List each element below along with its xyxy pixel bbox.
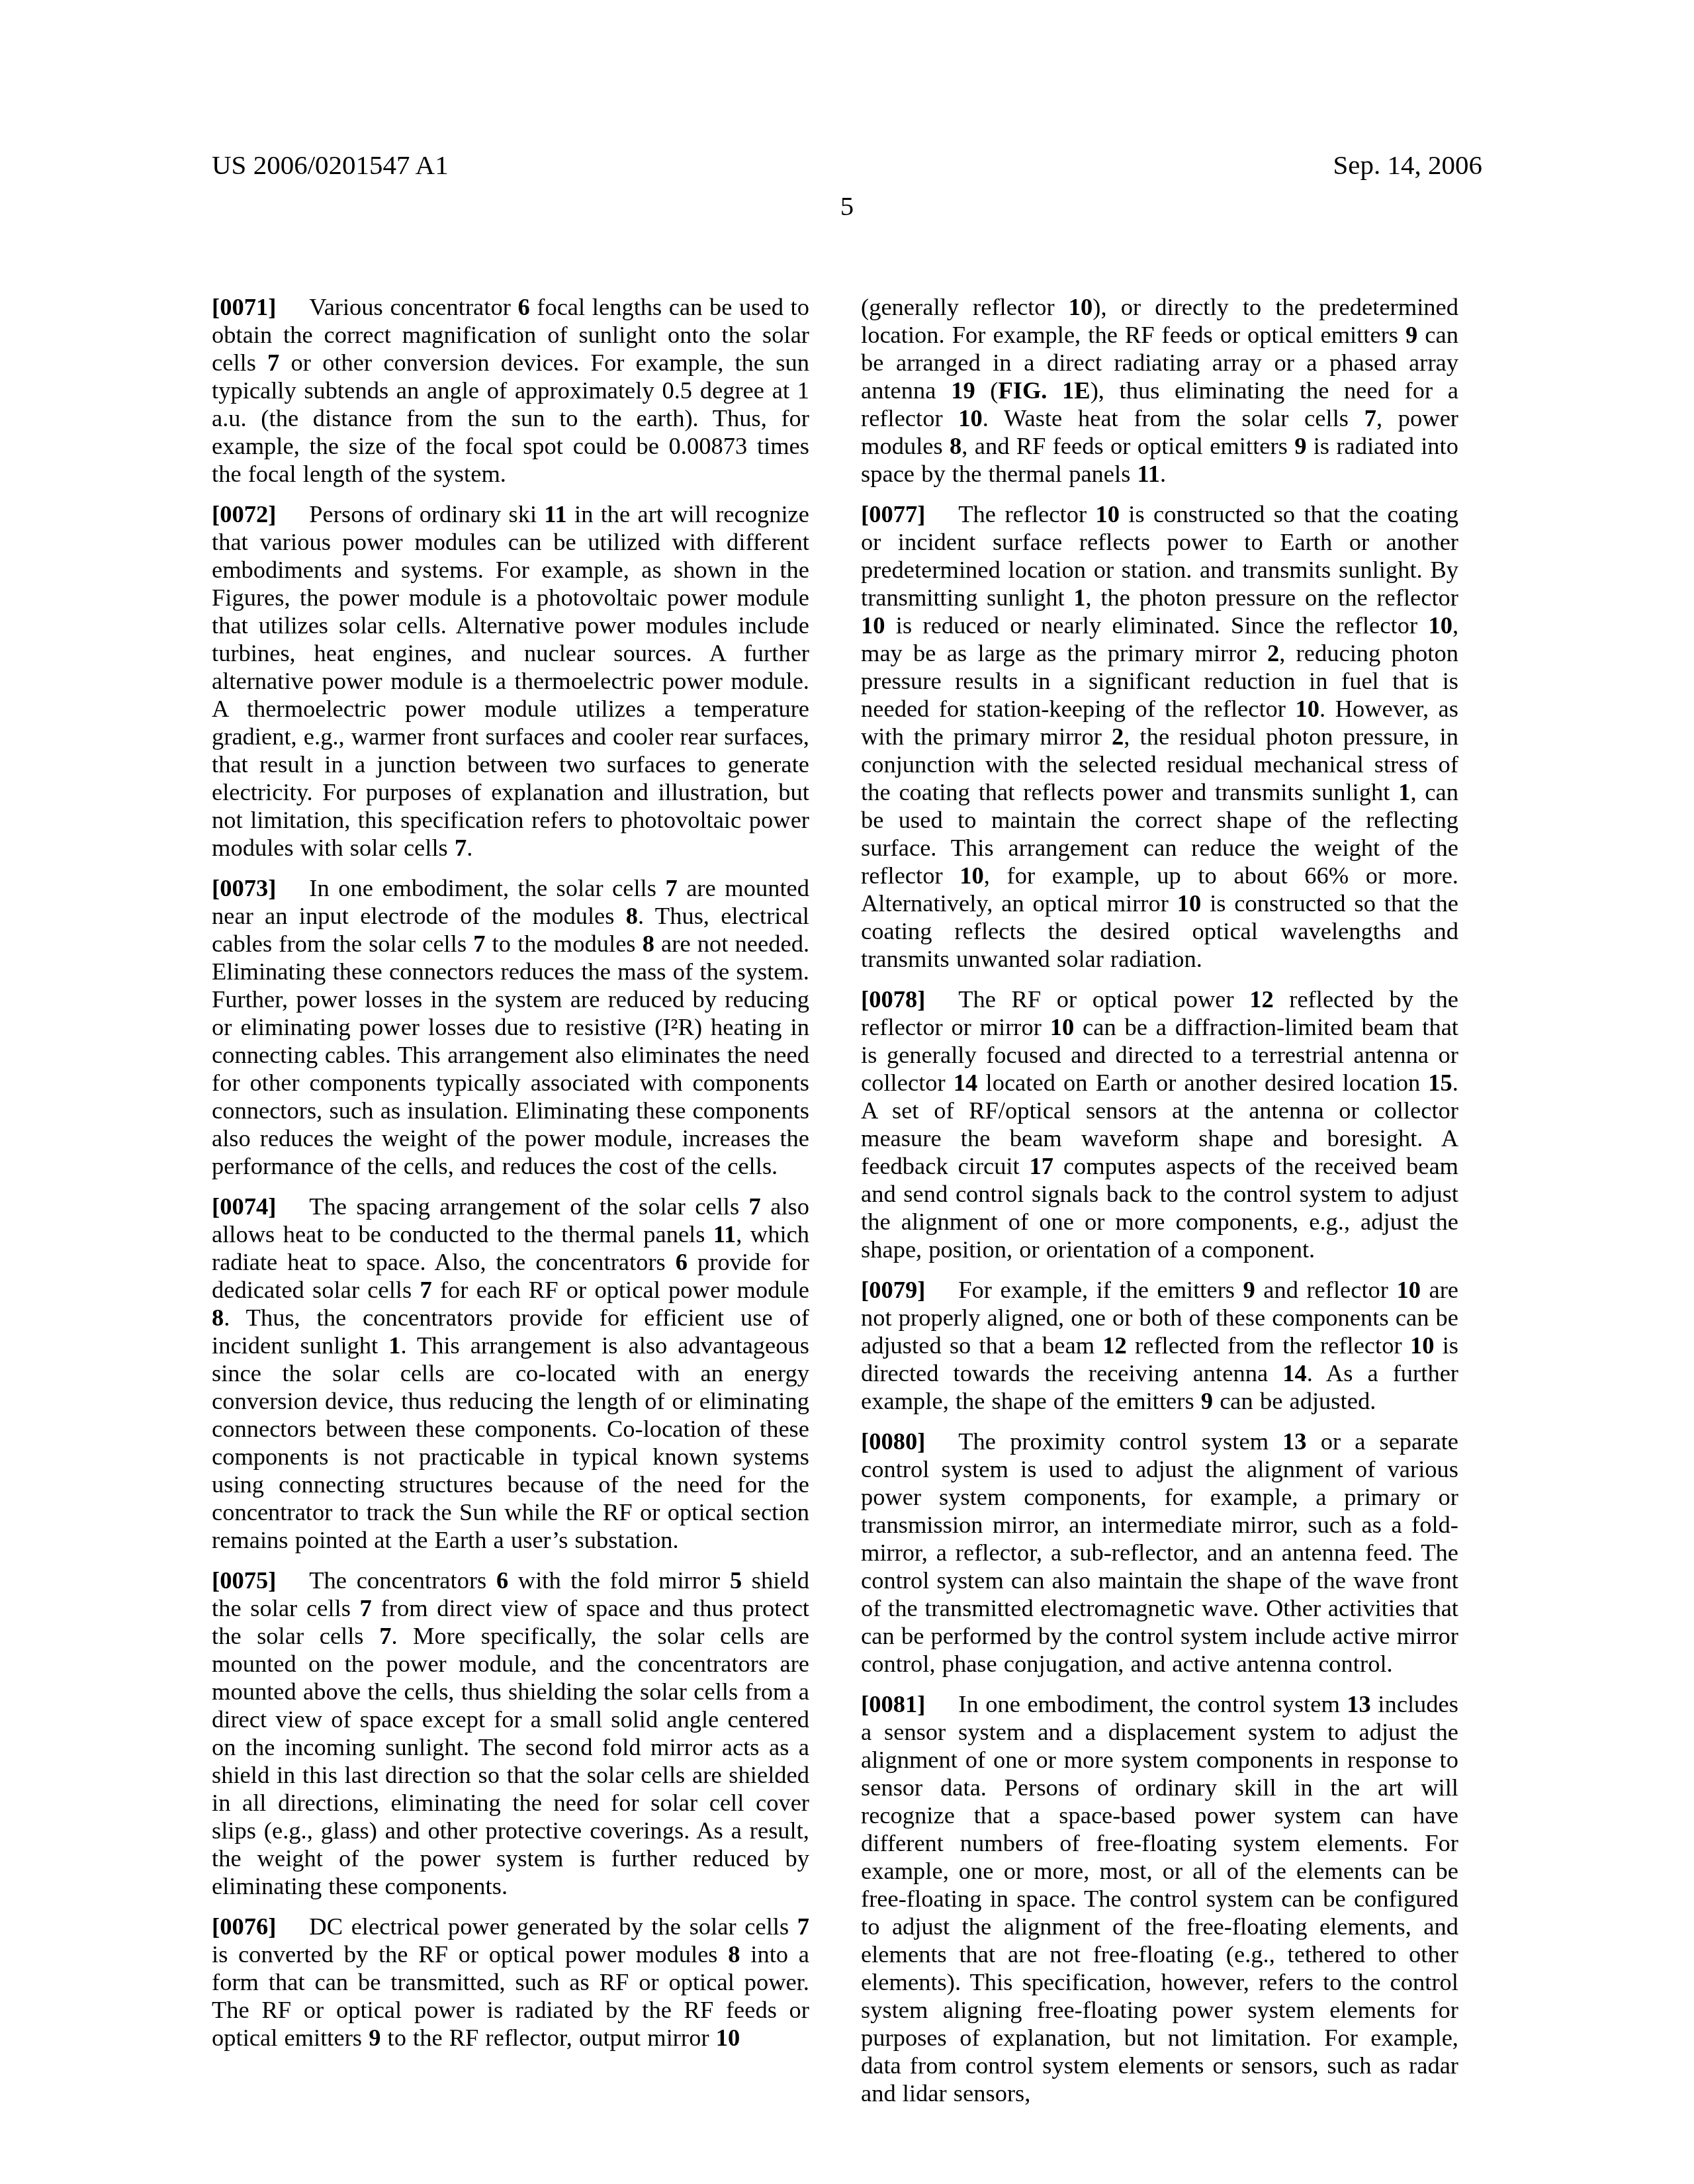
left-column: [0071]Various concentrator 6 focal lengt… — [212, 293, 809, 2120]
paragraph-number: [0073] — [212, 874, 309, 901]
paragraph-0075: [0075]The concentrators 6 with the fold … — [212, 1567, 809, 1900]
patent-document-page: US 2006/0201547 A1 Sep. 14, 2006 5 [0071… — [0, 0, 1694, 2184]
paragraph-text: The RF or optical power 12 reflected by … — [861, 985, 1458, 1263]
paragraph-0079: [0079]For example, if the emitters 9 and… — [861, 1276, 1458, 1415]
paragraph-number: [0080] — [861, 1428, 958, 1455]
paragraph-text: Various concentrator 6 focal lengths can… — [212, 293, 809, 487]
paragraph-0081: [0081]In one embodiment, the control sys… — [861, 1690, 1458, 2107]
paragraph-text: Persons of ordinary ski 11 in the art wi… — [212, 500, 809, 861]
page-number: 5 — [212, 191, 1482, 221]
paragraph-number: [0071] — [212, 293, 309, 320]
paragraph-text: In one embodiment, the solar cells 7 are… — [212, 874, 809, 1179]
paragraph-0077: [0077]The reflector 10 is constructed so… — [861, 500, 1458, 973]
paragraph-0072: [0072]Persons of ordinary ski 11 in the … — [212, 500, 809, 862]
paragraph-text: The spacing arrangement of the solar cel… — [212, 1193, 809, 1553]
paragraph-number: [0079] — [861, 1276, 958, 1303]
paragraph-number: [0074] — [212, 1193, 309, 1220]
patent-number: US 2006/0201547 A1 — [212, 150, 449, 180]
text-columns: [0071]Various concentrator 6 focal lengt… — [212, 293, 1458, 2120]
right-column: (generally reflector 10), or directly to… — [861, 293, 1458, 2120]
paragraph-0078: [0078]The RF or optical power 12 reflect… — [861, 985, 1458, 1263]
paragraph-text: The concentrators 6 with the fold mirror… — [212, 1567, 809, 1899]
paragraph-0073: [0073]In one embodiment, the solar cells… — [212, 874, 809, 1180]
paragraph-0076: [0076]DC electrical power generated by t… — [212, 1913, 809, 2052]
paragraph-0080: [0080]The proximity control system 13 or… — [861, 1428, 1458, 1678]
publication-date: Sep. 14, 2006 — [1333, 150, 1483, 180]
paragraph-0076-continuation: (generally reflector 10), or directly to… — [861, 293, 1458, 488]
paragraph-text: The proximity control system 13 or a sep… — [861, 1428, 1458, 1677]
paragraph-number: [0076] — [212, 1913, 309, 1940]
paragraph-number: [0072] — [212, 500, 309, 527]
running-header: US 2006/0201547 A1 Sep. 14, 2006 — [212, 150, 1482, 180]
paragraph-0071: [0071]Various concentrator 6 focal lengt… — [212, 293, 809, 488]
paragraph-number: [0077] — [861, 500, 958, 527]
paragraph-number: [0075] — [212, 1567, 309, 1594]
paragraph-number: [0078] — [861, 985, 958, 1013]
paragraph-text: In one embodiment, the control system 13… — [861, 1690, 1458, 2107]
paragraph-number: [0081] — [861, 1690, 958, 1717]
paragraph-text: (generally reflector 10), or directly to… — [861, 293, 1458, 487]
paragraph-0074: [0074]The spacing arrangement of the sol… — [212, 1193, 809, 1554]
paragraph-text: The reflector 10 is constructed so that … — [861, 500, 1458, 972]
